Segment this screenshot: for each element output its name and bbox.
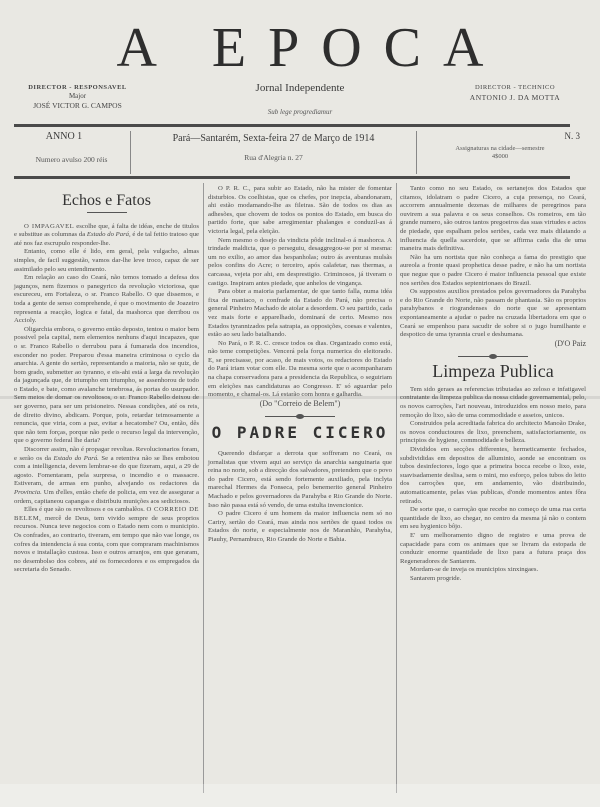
article-heading-limpeza: Limpeza Publica: [400, 367, 586, 376]
newspaper-page: A EPOCA DIRECTOR - RESPONSAVEL Major JOS…: [0, 0, 600, 807]
price-label: Numero avulso 200 réis: [14, 155, 129, 164]
article-paragraph: De sorte que, o carroção que recebe no c…: [400, 506, 586, 532]
column-divider: [396, 183, 397, 793]
article-paragraph: Mordam-se de inveja os municipios xinxin…: [400, 566, 586, 575]
heading-ornament: [87, 212, 127, 213]
paper-fold: [0, 396, 600, 399]
director-responsavel-name: JOSÉ VICTOR G. CAMPOS: [10, 101, 145, 110]
dateline: Pará—Santarém, Sexta-feira 27 de Março d…: [131, 133, 416, 144]
anno-label: ANNO 1: [14, 131, 114, 142]
article-paragraph: Construidos pela acreditada fabrica do a…: [400, 420, 586, 446]
article-paragraph: Santarem progride.: [400, 575, 586, 584]
article-paragraph: Não ha um nortista que não conheça a fam…: [400, 254, 586, 288]
director-technico: DIRECTOR - TECHNICO ANTONIO J. DA MOTTA: [440, 83, 590, 103]
article-paragraph: Discorrer assim, não é propagar revoltas…: [14, 446, 199, 506]
article-paragraph: O IMPAGAVEL escolhe que, á falta de idéa…: [14, 223, 199, 249]
article-paragraph: Oligarchia embora, o governo então depos…: [14, 326, 199, 446]
masthead-subtitle: Jornal Independente: [200, 82, 400, 94]
article-paragraph: Tem sido geraes as referencias tributada…: [400, 386, 586, 420]
masthead-motto: Sub lege progrediamur: [200, 108, 400, 116]
director-responsavel-role: DIRECTOR - RESPONSAVEL: [10, 83, 145, 92]
source-credit: (Do "Correio de Belem"): [208, 400, 392, 409]
article-paragraph: Elles é que são os revoltosos e os camba…: [14, 506, 199, 575]
director-responsavel-rank: Major: [10, 92, 145, 101]
column-echos-e-fatos: Echos e Fatos O IMPAGAVEL escolhe que, á…: [14, 185, 199, 575]
masthead-rule: [14, 124, 570, 127]
column-divider: [203, 183, 204, 793]
article-paragraph: Entanto, como elle é lido, em geral, pel…: [14, 248, 199, 274]
paper-margin: [0, 784, 600, 807]
article-paragraph: Nem mesmo o desejo da vindicta pôde incl…: [208, 237, 392, 289]
article-paragraph: No Pará, o P. R. C. cresce todos os dias…: [208, 340, 392, 400]
article-heading-padre-cicero: O PADRE CICERO: [208, 429, 392, 438]
column-right: Tanto como no seu Estado, os sertanejos …: [400, 185, 586, 584]
director-technico-name: ANTONIO J. DA MOTTA: [440, 93, 590, 103]
article-paragraph: O P. R. C., para subir ao Estado, não ha…: [208, 185, 392, 237]
article-paragraph: E' um melhoramento digno de registro e u…: [400, 532, 586, 566]
article-heading-echos: Echos e Fatos: [14, 197, 199, 206]
subscription-label: Assignaturas na cidade—semestre: [420, 145, 580, 153]
director-technico-role: DIRECTOR - TECHNICO: [440, 83, 590, 93]
infobar-rule: [14, 176, 570, 179]
column-center: O P. R. C., para subir ao Estado, não ha…: [208, 185, 392, 545]
subscription-info: Assignaturas na cidade—semestre 4$000: [420, 145, 580, 161]
subscription-price: 4$000: [420, 153, 580, 161]
article-paragraph: Para obter a maioria parlamentar, de que…: [208, 288, 392, 340]
source-credit: (D'O Paiz: [400, 340, 586, 349]
director-responsavel: DIRECTOR - RESPONSAVEL Major JOSÉ VICTOR…: [10, 83, 145, 110]
section-ornament: [265, 416, 335, 417]
article-paragraph: Querendo disfarçar a derrota que soffrer…: [208, 450, 392, 510]
dateline-box: Pará—Santarém, Sexta-feira 27 de Março d…: [130, 131, 417, 174]
issue-number: N. 3: [420, 131, 580, 141]
address: Rua d'Alegria n. 27: [131, 153, 416, 162]
article-paragraph: Tanto como no seu Estado, os sertanejos …: [400, 185, 586, 254]
section-ornament: [458, 356, 528, 357]
article-paragraph: Divididos em secções differentes, hermet…: [400, 446, 586, 506]
article-paragraph: Os suppostos auxilios prestados pelos go…: [400, 288, 586, 340]
article-paragraph: Em relação ao caso do Ceará, não temos t…: [14, 274, 199, 326]
article-paragraph: O padre Cicero é um homem da maior influ…: [208, 510, 392, 544]
masthead-title: A EPOCA: [0, 18, 600, 78]
